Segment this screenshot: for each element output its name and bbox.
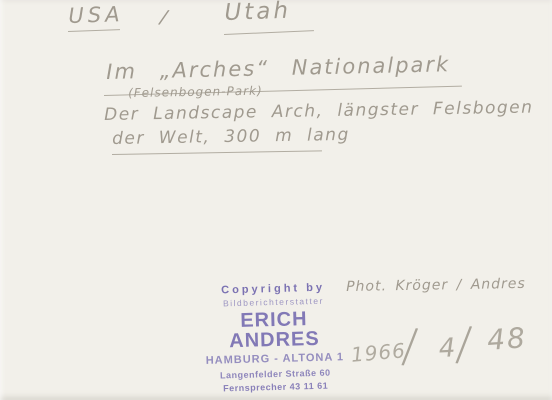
archive-year: 1966 <box>350 338 407 367</box>
caption-title: Im „Arches“ Nationalpark <box>106 52 450 84</box>
stamp-city-line: HAMBURG - ALTONA 1 <box>200 352 350 367</box>
archive-number: 48 <box>486 321 528 357</box>
caption-subtitle: (Felsenbogen-Park) <box>128 84 263 100</box>
archive-slash-1: / <box>400 318 419 373</box>
photographer-credit: Phot. Kröger / Andres <box>346 276 526 295</box>
stamp-name-line: ERICH ANDRES <box>199 308 350 352</box>
caption-line2: der Welt, 300 m lang <box>112 125 350 149</box>
country-underline <box>68 29 120 32</box>
photo-back-paper: USA / Utah Im „Arches“ Nationalpark (Fel… <box>0 0 552 400</box>
archive-month: 4 <box>438 333 456 364</box>
caption-line1: Der Landscape Arch, längster Felsbogen <box>104 98 534 125</box>
archive-slash-2: / <box>454 316 473 371</box>
caption-line2-underline <box>112 150 322 155</box>
stamp-copyright-line: Copyright by <box>198 282 348 297</box>
stamp-phone-line: Fernsprecher 43 11 61 <box>201 381 351 394</box>
stamp-street-line: Langenfelder Straße 60 <box>200 368 350 381</box>
copyright-stamp: Copyright by Bildberichterstatter ERICH … <box>198 282 351 393</box>
region-underline <box>224 30 314 35</box>
region-label: Utah <box>224 0 291 26</box>
location-separator: / <box>159 6 168 29</box>
country-label: USA <box>68 2 124 28</box>
stamp-role-line: Bildberichterstatter <box>198 296 348 308</box>
